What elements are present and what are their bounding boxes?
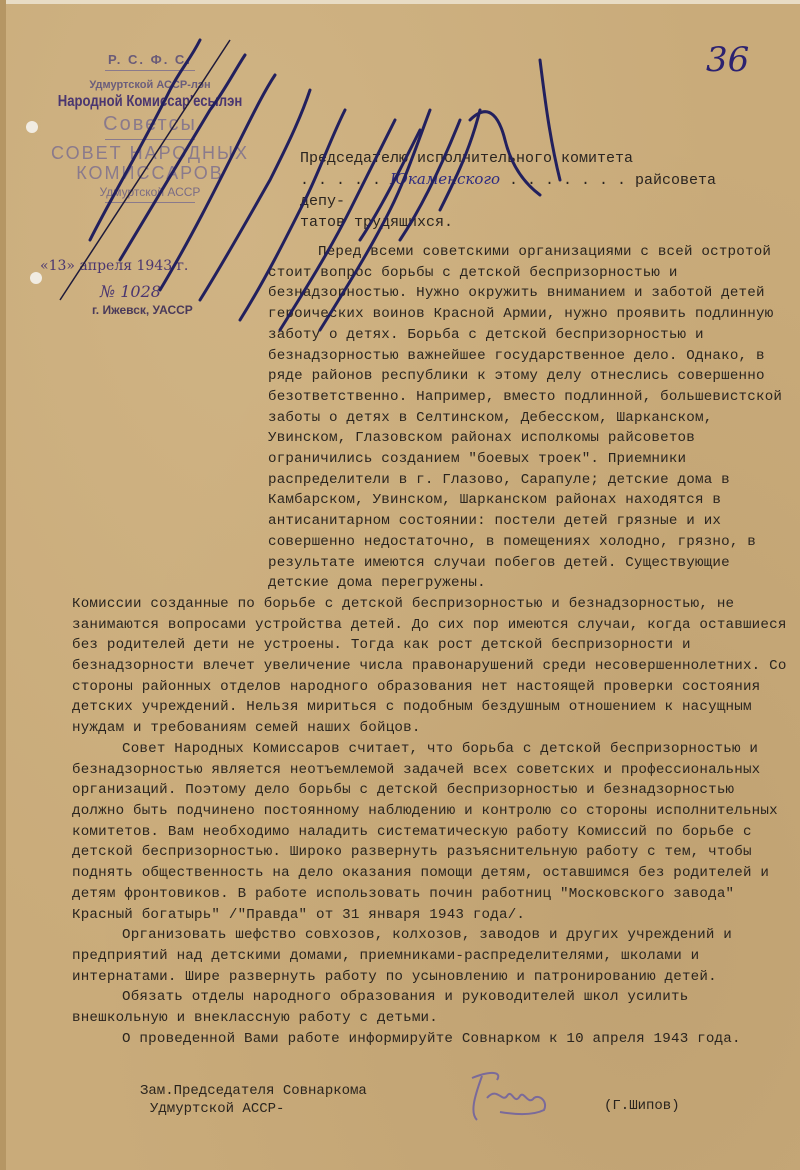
- letterhead-russian-line1: СОВЕТ НАРОДНЫХ: [30, 143, 270, 163]
- paragraph-4: Организовать шефство совхозов, колхозов,…: [72, 925, 792, 987]
- addressee-district-handwritten: Юкаменского: [390, 170, 500, 188]
- archival-document-page: 36 Р. С. Ф. С. Удмуртской АССР-лэн Народ…: [0, 0, 800, 1170]
- letterhead-stamp: Р. С. Ф. С. Удмуртской АССР-лэн Народной…: [30, 52, 270, 206]
- letterhead-republic: Р. С. Ф. С.: [30, 52, 270, 67]
- paragraph-2: Комиссии созданные по борьбе с детской б…: [72, 594, 792, 739]
- addressee-line2: . . . . . Юкаменского . . . . . . . райс…: [300, 169, 770, 212]
- letterhead-russian-line3: Удмуртской АССР: [30, 185, 270, 199]
- paragraph-5: Обязать отделы народного образования и р…: [72, 987, 792, 1028]
- addressee-block: Председателю исполнительного комитета . …: [300, 148, 770, 233]
- addressee-line1: Председателю исполнительного комитета: [300, 148, 770, 169]
- divider: [105, 202, 195, 203]
- signature-title: Зам.Председателя Совнаркома Удмуртской А…: [140, 1082, 367, 1118]
- paper-left-edge: [0, 0, 6, 1170]
- archive-page-number: 36: [706, 40, 749, 80]
- signer-name: (Г.Шипов): [604, 1098, 680, 1114]
- divider: [105, 70, 195, 71]
- handwritten-signature: [452, 1068, 562, 1128]
- letterhead-udmurt-line2: Народной Комиссар'есылэн: [52, 93, 249, 111]
- divider: [105, 139, 195, 140]
- paragraph-6: О проведенной Вами работе информируйте С…: [72, 1029, 792, 1050]
- paper-top-edge: [0, 0, 800, 4]
- addressee-line3: татов трудящихся.: [300, 212, 770, 233]
- paragraph-1: Перед всеми советскими организациями с в…: [72, 242, 792, 594]
- letterhead-udmurt-line3: Советсы: [30, 113, 270, 136]
- letterhead-udmurt-line1: Удмуртской АССР-лэн: [30, 79, 270, 91]
- letterhead-russian-line2: КОМИССАРОВ: [30, 163, 270, 183]
- paragraph-3: Совет Народных Комиссаров считает, что б…: [72, 739, 792, 925]
- letter-body: Перед всеми советскими организациями с в…: [72, 242, 792, 1049]
